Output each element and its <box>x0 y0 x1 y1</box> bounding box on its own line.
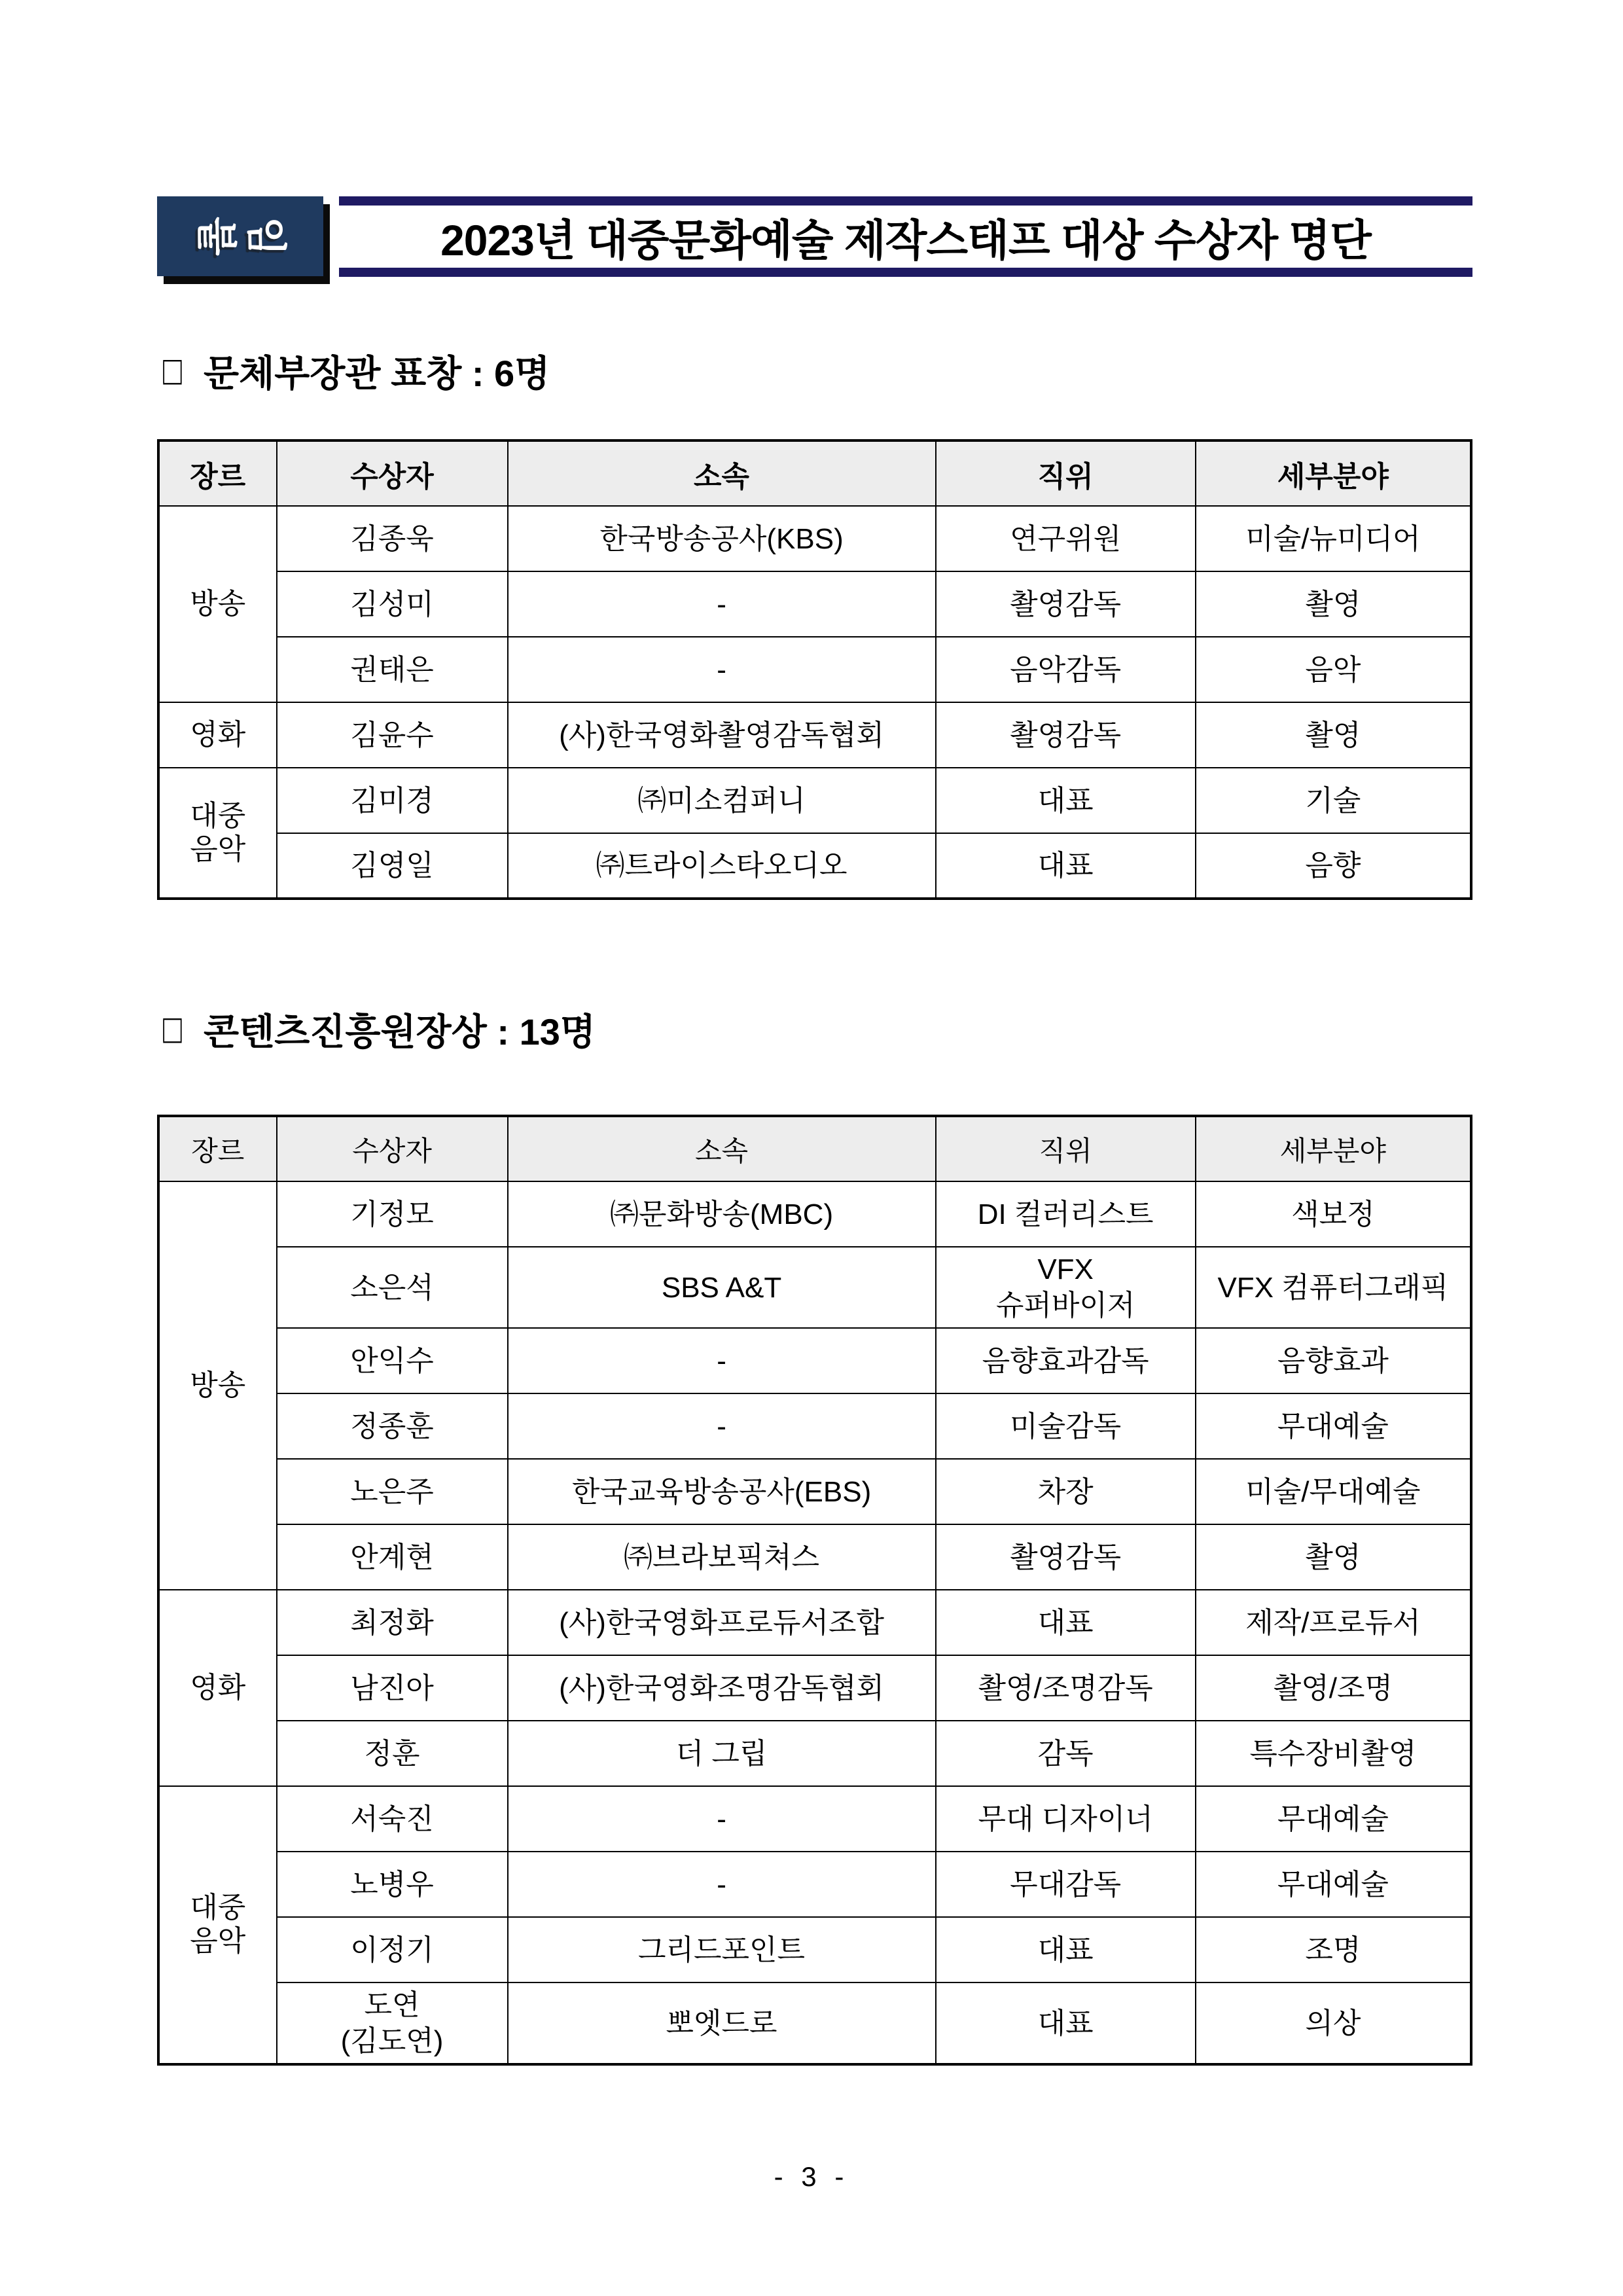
column-header: 직위 <box>936 1116 1196 1181</box>
field-cell: 미술/뉴미디어 <box>1196 506 1471 571</box>
position-cell: 감독 <box>936 1721 1196 1786</box>
table-row: 남진아(사)한국영화조명감독협회촬영/조명감독촬영/조명 <box>158 1655 1471 1721</box>
winner-cell: 김성미 <box>277 571 508 637</box>
attachment-badge-char: 붙 <box>195 217 236 256</box>
affiliation-cell: ㈜미소컴퍼니 <box>508 768 936 833</box>
table-row: 정훈더 그립감독특수장비촬영 <box>158 1721 1471 1786</box>
genre-cell: 영화 <box>158 702 277 768</box>
genre-cell: 방송 <box>158 506 277 702</box>
field-cell: 특수장비촬영 <box>1196 1721 1471 1786</box>
awards-table: 장르수상자소속직위세부분야방송기정모㈜문화방송(MBC)DI 컬러리스트색보정소… <box>157 1115 1472 2066</box>
column-header: 소속 <box>508 1116 936 1181</box>
affiliation-cell: ㈜트라이스타오디오 <box>508 833 936 899</box>
affiliation-cell: - <box>508 571 936 637</box>
field-cell: 음향효과 <box>1196 1328 1471 1393</box>
winner-cell: 남진아 <box>277 1655 508 1721</box>
winner-cell: 안익수 <box>277 1328 508 1393</box>
field-cell: 미술/무대예술 <box>1196 1459 1471 1524</box>
winner-cell: 정훈 <box>277 1721 508 1786</box>
affiliation-cell: (사)한국영화촬영감독협회 <box>508 702 936 768</box>
position-cell: 미술감독 <box>936 1393 1196 1459</box>
affiliation-cell: 그리드포인트 <box>508 1917 936 1982</box>
affiliation-cell: 뽀엣드로 <box>508 1982 936 2064</box>
table-row: 이정기그리드포인트대표조명 <box>158 1917 1471 1982</box>
winner-cell: 노병우 <box>277 1852 508 1917</box>
field-cell: 기술 <box>1196 768 1471 833</box>
table-row: 소은석SBS A&TVFX 슈퍼바이저VFX 컴퓨터그래픽 <box>158 1247 1471 1328</box>
field-cell: 촬영/조명 <box>1196 1655 1471 1721</box>
page-content: 붙임 2023년 대중문화예술 제작스태프 대상 수상자 명단 □ 문체부장관 … <box>157 196 1472 2066</box>
field-cell: 의상 <box>1196 1982 1471 2064</box>
table-row: 김성미-촬영감독촬영 <box>158 571 1471 637</box>
field-cell: VFX 컴퓨터그래픽 <box>1196 1247 1471 1328</box>
table-row: 대중 음악서숙진-무대 디자이너무대예술 <box>158 1786 1471 1852</box>
position-cell: 촬영/조명감독 <box>936 1655 1196 1721</box>
position-cell: 음향효과감독 <box>936 1328 1196 1393</box>
position-cell: 무대감독 <box>936 1852 1196 1917</box>
header-row: 장르수상자소속직위세부분야 <box>158 1116 1471 1181</box>
affiliation-cell: 한국방송공사(KBS) <box>508 506 936 571</box>
position-cell: 음악감독 <box>936 637 1196 702</box>
winner-cell: 서숙진 <box>277 1786 508 1852</box>
field-cell: 무대예술 <box>1196 1852 1471 1917</box>
genre-cell: 대중 음악 <box>158 1786 277 2064</box>
winner-cell: 기정모 <box>277 1181 508 1247</box>
genre-cell: 대중 음악 <box>158 768 277 899</box>
field-cell: 제작/프로듀서 <box>1196 1590 1471 1655</box>
genre-cell: 방송 <box>158 1181 277 1590</box>
table-row: 안익수-음향효과감독음향효과 <box>158 1328 1471 1393</box>
position-cell: VFX 슈퍼바이저 <box>936 1247 1196 1328</box>
winner-cell: 최정화 <box>277 1590 508 1655</box>
position-cell: 대표 <box>936 1917 1196 1982</box>
header-row: 장르수상자소속직위세부분야 <box>158 440 1471 506</box>
table-row: 정종훈-미술감독무대예술 <box>158 1393 1471 1459</box>
page-title: 2023년 대중문화예술 제작스태프 대상 수상자 명단 <box>440 206 1371 268</box>
field-cell: 촬영 <box>1196 702 1471 768</box>
column-header: 수상자 <box>277 440 508 506</box>
title-bar: 붙임 2023년 대중문화예술 제작스태프 대상 수상자 명단 <box>157 196 1472 277</box>
winner-cell: 안계현 <box>277 1524 508 1590</box>
table-row: 권태은-음악감독음악 <box>158 637 1471 702</box>
field-cell: 색보정 <box>1196 1181 1471 1247</box>
position-cell: DI 컬러리스트 <box>936 1181 1196 1247</box>
winner-cell: 김종욱 <box>277 506 508 571</box>
affiliation-cell: - <box>508 1786 936 1852</box>
affiliation-cell: (사)한국영화조명감독협회 <box>508 1655 936 1721</box>
position-cell: 촬영감독 <box>936 571 1196 637</box>
title-rule-box: 2023년 대중문화예술 제작스태프 대상 수상자 명단 <box>339 196 1472 277</box>
column-header: 세부분야 <box>1196 440 1471 506</box>
winner-cell: 김윤수 <box>277 702 508 768</box>
field-cell: 무대예술 <box>1196 1786 1471 1852</box>
square-bullet-icon: □ <box>163 351 182 392</box>
position-cell: 무대 디자이너 <box>936 1786 1196 1852</box>
position-cell: 차장 <box>936 1459 1196 1524</box>
table-row: 도연 (김도연)뽀엣드로대표의상 <box>158 1982 1471 2064</box>
affiliation-cell: - <box>508 1328 936 1393</box>
page-number: - 3 - <box>0 2161 1623 2193</box>
field-cell: 조명 <box>1196 1917 1471 1982</box>
position-cell: 대표 <box>936 768 1196 833</box>
column-header: 직위 <box>936 440 1196 506</box>
affiliation-cell: 더 그립 <box>508 1721 936 1786</box>
affiliation-cell: ㈜브라보픽쳐스 <box>508 1524 936 1590</box>
position-cell: 대표 <box>936 1982 1196 2064</box>
winner-cell: 정종훈 <box>277 1393 508 1459</box>
table-row: 방송기정모㈜문화방송(MBC)DI 컬러리스트색보정 <box>158 1181 1471 1247</box>
table-row: 영화김윤수(사)한국영화촬영감독협회촬영감독촬영 <box>158 702 1471 768</box>
affiliation-cell: - <box>508 1393 936 1459</box>
attachment-badge-char: 임 <box>245 217 285 256</box>
winner-cell: 소은석 <box>277 1247 508 1328</box>
section-heading: □ 문체부장관 표창 : 6명 <box>161 345 1472 397</box>
column-header: 소속 <box>508 440 936 506</box>
attachment-badge: 붙임 <box>157 196 323 276</box>
document-page: 붙임 2023년 대중문화예술 제작스태프 대상 수상자 명단 □ 문체부장관 … <box>0 0 1623 2296</box>
column-header: 장르 <box>158 1116 277 1181</box>
affiliation-cell: (사)한국영화프로듀서조합 <box>508 1590 936 1655</box>
field-cell: 무대예술 <box>1196 1393 1471 1459</box>
field-cell: 음악 <box>1196 637 1471 702</box>
affiliation-cell: ㈜문화방송(MBC) <box>508 1181 936 1247</box>
field-cell: 촬영 <box>1196 571 1471 637</box>
column-header: 장르 <box>158 440 277 506</box>
awards-table: 장르수상자소속직위세부분야방송김종욱한국방송공사(KBS)연구위원미술/뉴미디어… <box>157 439 1472 900</box>
winner-cell: 이정기 <box>277 1917 508 1982</box>
column-header: 수상자 <box>277 1116 508 1181</box>
affiliation-cell: - <box>508 637 936 702</box>
table-row: 노은주한국교육방송공사(EBS)차장미술/무대예술 <box>158 1459 1471 1524</box>
column-header: 세부분야 <box>1196 1116 1471 1181</box>
table-row: 방송김종욱한국방송공사(KBS)연구위원미술/뉴미디어 <box>158 506 1471 571</box>
square-bullet-icon: □ <box>163 1009 182 1050</box>
genre-cell: 영화 <box>158 1590 277 1786</box>
section-heading: □ 콘텐츠진흥원장상 : 13명 <box>161 1003 1472 1056</box>
position-cell: 촬영감독 <box>936 702 1196 768</box>
table-row: 영화최정화(사)한국영화프로듀서조합대표제작/프로듀서 <box>158 1590 1471 1655</box>
winner-cell: 노은주 <box>277 1459 508 1524</box>
field-cell: 음향 <box>1196 833 1471 899</box>
position-cell: 연구위원 <box>936 506 1196 571</box>
table-row: 안계현㈜브라보픽쳐스촬영감독촬영 <box>158 1524 1471 1590</box>
table-row: 노병우-무대감독무대예술 <box>158 1852 1471 1917</box>
section-heading-label: 콘텐츠진흥원장상 : 13명 <box>204 1003 596 1056</box>
winner-cell: 김미경 <box>277 768 508 833</box>
position-cell: 촬영감독 <box>936 1524 1196 1590</box>
field-cell: 촬영 <box>1196 1524 1471 1590</box>
position-cell: 대표 <box>936 1590 1196 1655</box>
affiliation-cell: - <box>508 1852 936 1917</box>
table-row: 김영일㈜트라이스타오디오대표음향 <box>158 833 1471 899</box>
winner-cell: 김영일 <box>277 833 508 899</box>
position-cell: 대표 <box>936 833 1196 899</box>
table-row: 대중 음악김미경㈜미소컴퍼니대표기술 <box>158 768 1471 833</box>
winner-cell: 도연 (김도연) <box>277 1982 508 2064</box>
affiliation-cell: 한국교육방송공사(EBS) <box>508 1459 936 1524</box>
winner-cell: 권태은 <box>277 637 508 702</box>
affiliation-cell: SBS A&T <box>508 1247 936 1328</box>
section-heading-label: 문체부장관 표창 : 6명 <box>204 345 550 397</box>
